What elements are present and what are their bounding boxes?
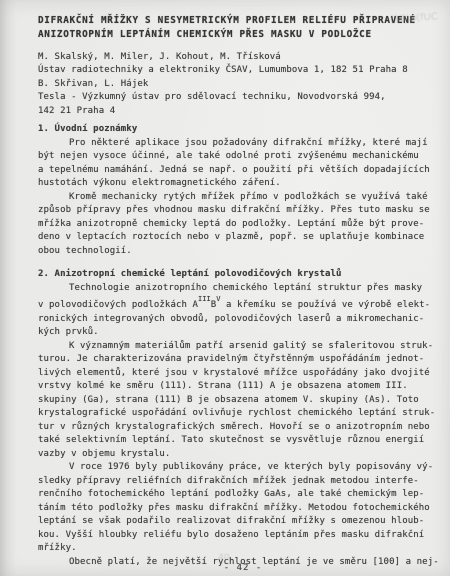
section-anisotropic-etching: 2. Anizotropní chemické leptání polovodi… [38,268,442,569]
scanned-paper-page: (λθ)p(fUC DIFRAKČNÍ MŘÍŽKY S NESYMETRICK… [0,0,450,576]
authors-affiliations: M. Skalský, M. Miler, J. Kohout, M. Třís… [38,51,442,119]
paragraph: V roce 1976 byly publikovány práce, ve k… [38,461,442,556]
paragraph: Pro některé aplikace jsou požadovány dif… [38,137,442,191]
paper-title: DIFRAKČNÍ MŘÍŽKY S NESYMETRICKÝM PROFILE… [38,14,442,42]
paragraph: K významným materiálům patří arsenid gal… [38,340,442,462]
paragraph: Kromě mechanicky rytých mřížek přímo v p… [38,191,442,259]
section-1-heading: 1. Úvodní poznámky [38,123,442,137]
paragraph: Technologie anizotropního chemického lep… [38,282,442,340]
section-2-heading: 2. Anizotropní chemické leptání polovodi… [38,268,442,282]
page-number: - 42 - [0,563,450,573]
section-introduction: 1. Úvodní poznámky Pro některé aplikace … [38,123,442,258]
